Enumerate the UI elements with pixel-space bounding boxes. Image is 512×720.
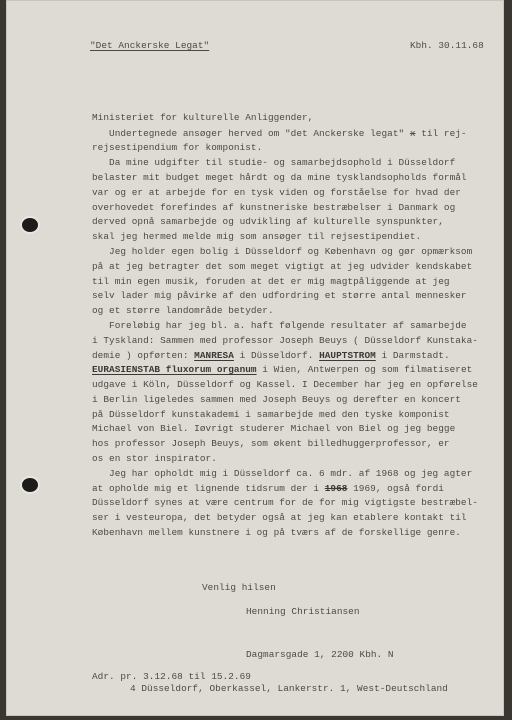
body-line: til min egen musik, foruden at det er mi…	[92, 277, 450, 286]
temp-address-label: Adr. pr. 3.12.68 til 15.2.69	[92, 672, 251, 681]
body-line: Michael von Biel. Iøvrigt studerer Micha…	[92, 424, 455, 433]
body-line: udgave i Köln, Düsseldorf og Kassel. I D…	[92, 380, 478, 389]
body-line: os en stor inspirator.	[92, 454, 217, 463]
body-line: København mellem kunstnere i og på tværs…	[92, 528, 461, 537]
body-line: på Düsseldorf kunstakademi i samarbejde …	[92, 410, 450, 419]
place-date: Kbh. 30.11.68	[410, 41, 484, 50]
home-address: Dagmarsgade 1, 2200 Kbh. N	[246, 650, 394, 659]
body-line: demie ) opførten: MANRESA i Düsseldorf. …	[92, 351, 450, 360]
body-line: ser i vesteuropa, det betyder også at je…	[92, 513, 467, 522]
body-line: overhovedet forefindes af kunstneriske b…	[92, 203, 455, 212]
punch-hole	[22, 218, 38, 232]
body-line: Undertegnede ansøger herved om "det Anck…	[92, 129, 467, 138]
body-line: i Tyskland: Sammen med professor Joseph …	[92, 336, 478, 345]
body-line: EURASIENSTAB fluxorum organum i Wien, An…	[92, 365, 472, 374]
letter-page: "Det Anckerske Legat" Kbh. 30.11.68 Mini…	[6, 0, 504, 716]
signature: Henning Christiansen	[246, 607, 360, 616]
temp-address: 4 Düsseldorf, Oberkassel, Lankerstr. 1, …	[130, 684, 448, 693]
body-line: skal jeg hermed melde mig som ansøger ti…	[92, 232, 421, 241]
body-line: i Berlin ligeledes sammen med Joseph Beu…	[92, 395, 461, 404]
body-line: rejsestipendium for komponist.	[92, 143, 262, 152]
body-line: Da mine udgifter til studie- og samarbej…	[92, 158, 455, 167]
body-line: var og er at arbejde for en tysk viden o…	[92, 188, 461, 197]
body-line: hos professor Joseph Beuys, som økent bi…	[92, 439, 450, 448]
body-line: på at jeg betragter det som meget vigtig…	[92, 262, 472, 271]
body-line: selv lader mig påvirke af den udfordring…	[92, 291, 467, 300]
body-line: belaster mit budget meget hårdt og da mi…	[92, 173, 467, 182]
letter-title: "Det Anckerske Legat"	[90, 41, 209, 50]
body-line: Düsseldorf synes at være centrum for de …	[92, 498, 478, 507]
body-line: derved opnå samarbejde og udvikling af k…	[92, 217, 444, 226]
body-line: Jeg har opholdt mig i Düsseldorf ca. 6 m…	[92, 469, 472, 478]
salutation: Ministeriet for kulturelle Anliggender,	[92, 113, 313, 122]
body-line: Foreløbig har jeg bl. a. haft følgende r…	[92, 321, 467, 330]
body-line: og et større landområde betyder.	[92, 306, 274, 315]
body-line: at opholde mig et lignende tidsrum der i…	[92, 484, 444, 493]
punch-hole	[22, 478, 38, 492]
closing: Venlig hilsen	[202, 583, 276, 592]
body-line: Jeg holder egen bolig i Düsseldorf og Kø…	[92, 247, 472, 256]
